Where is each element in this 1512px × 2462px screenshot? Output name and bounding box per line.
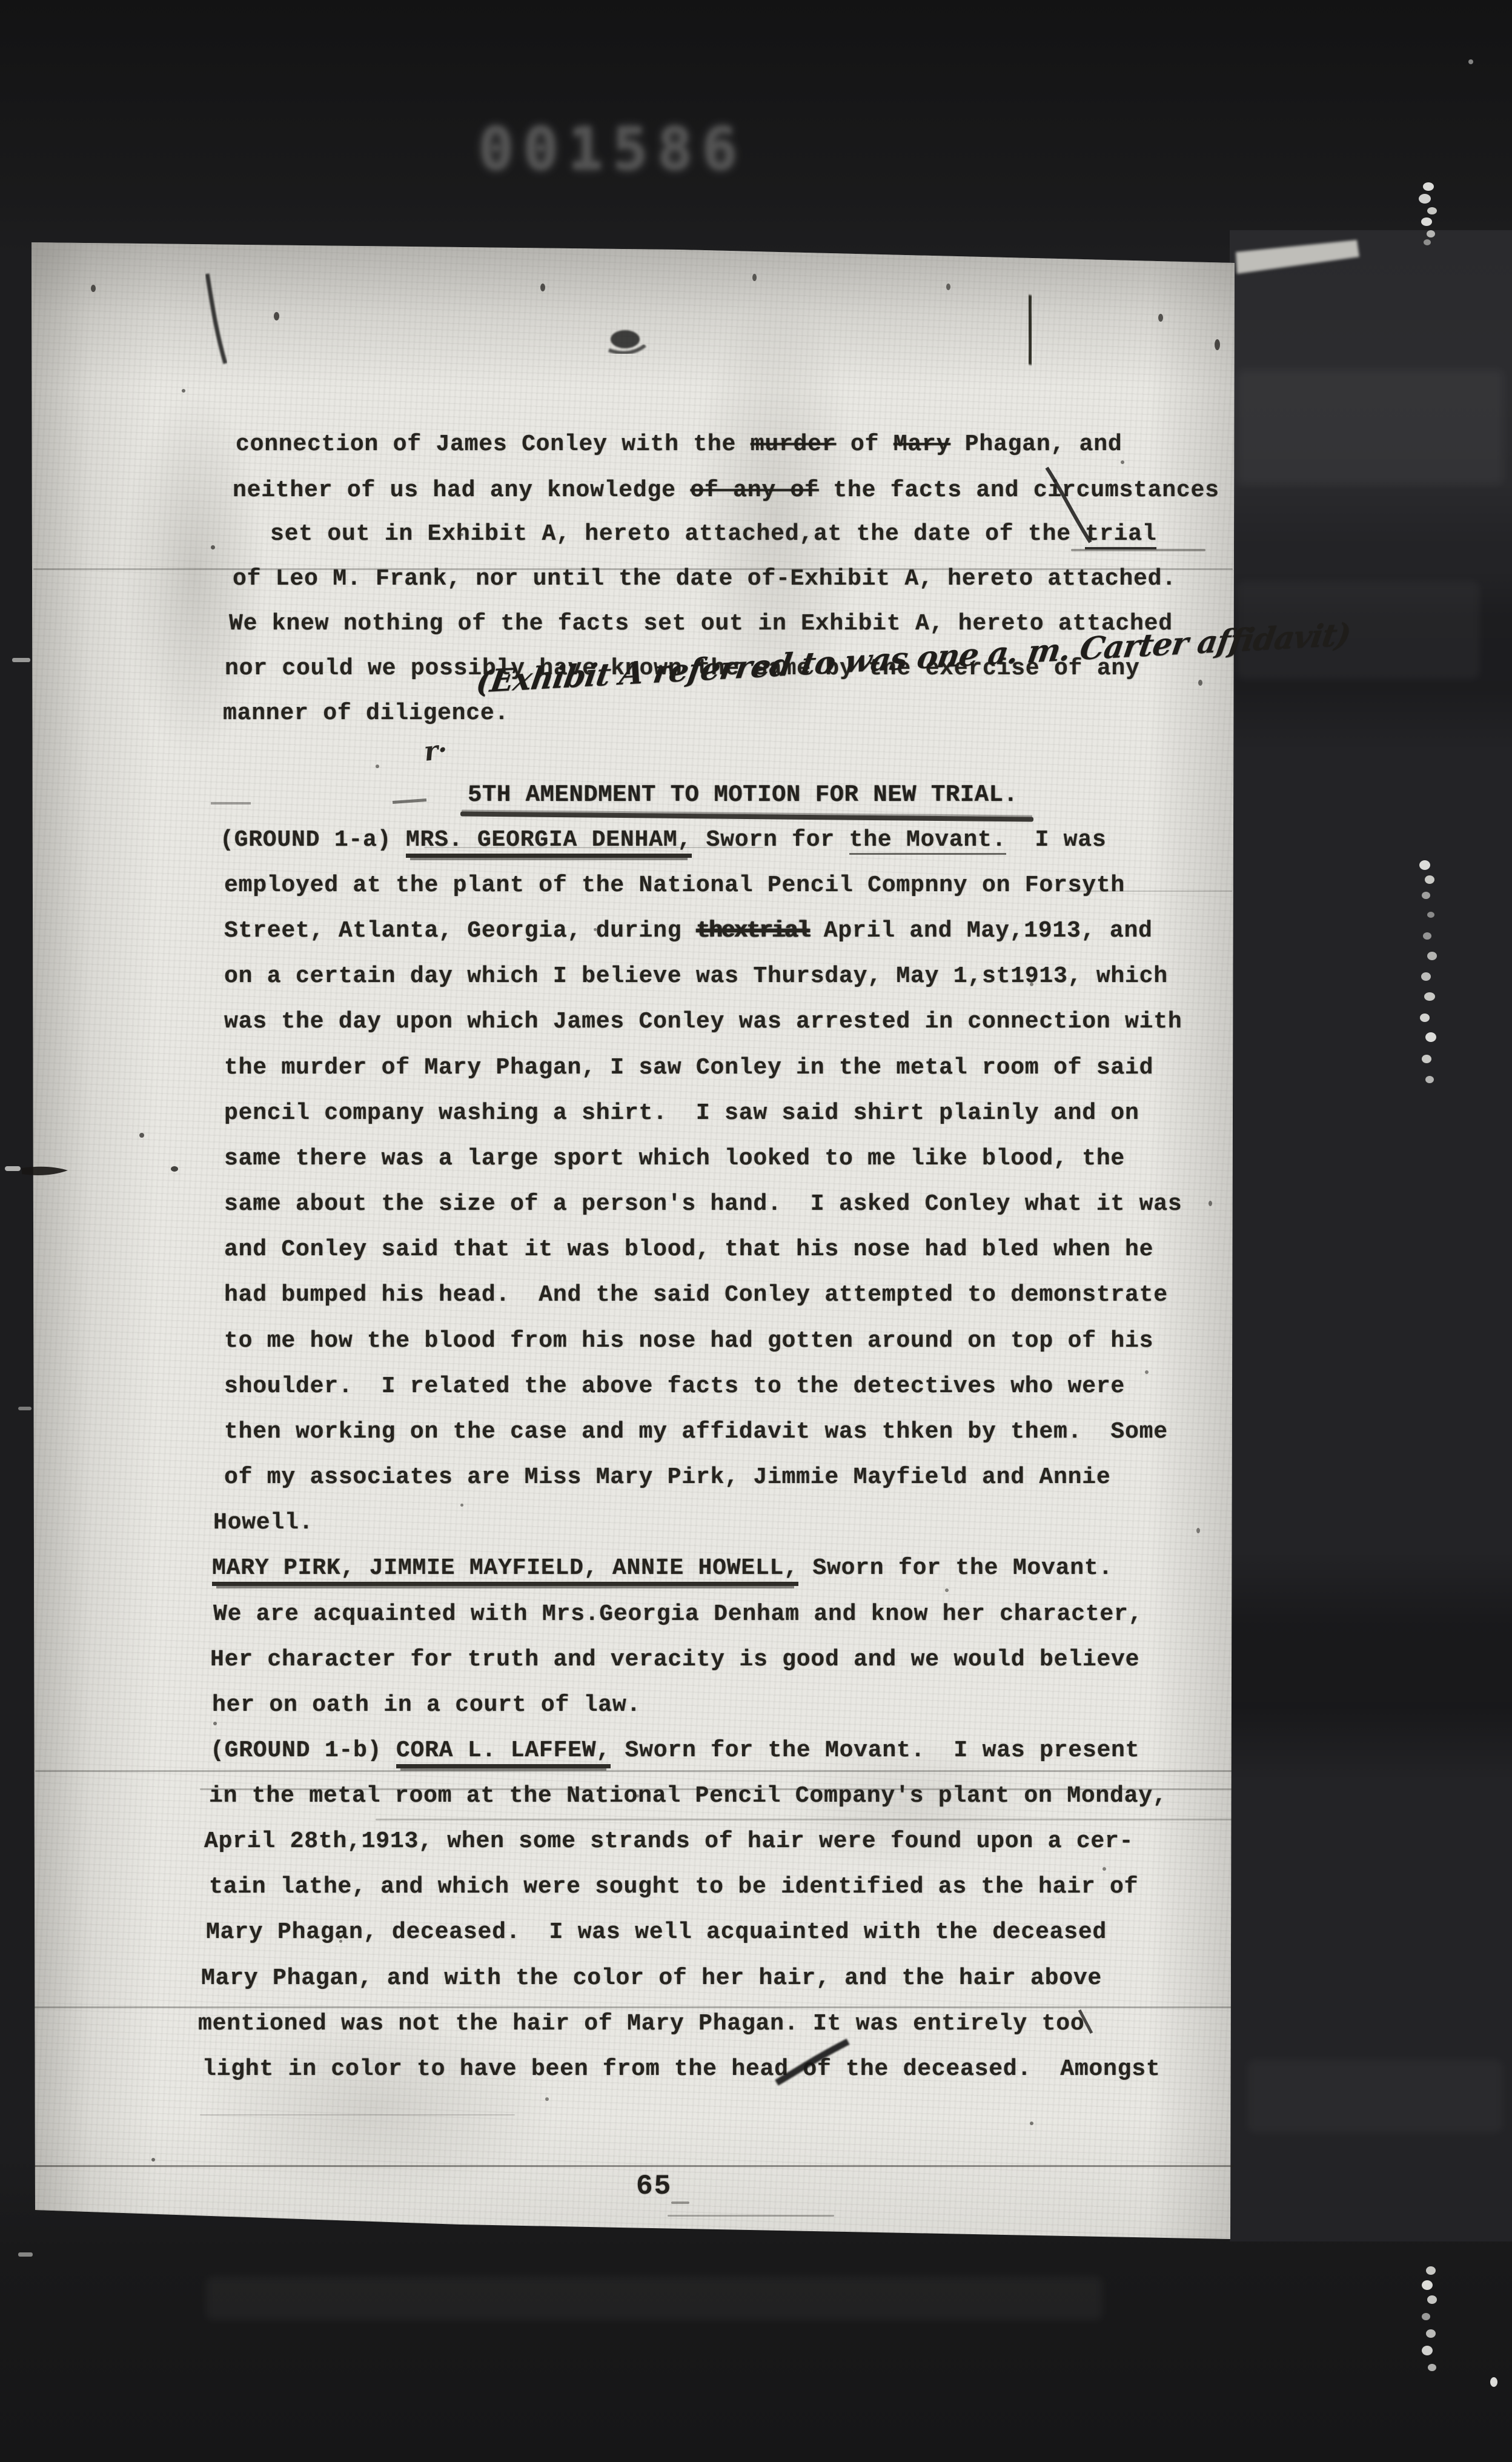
microfilm-scan: 001586 connection of James Conley with t… <box>0 0 1512 2462</box>
ink-blob <box>611 330 640 348</box>
film-edge-streak <box>1236 240 1359 274</box>
film-edge-mark <box>18 1407 31 1410</box>
film-edge-mark <box>5 1166 21 1171</box>
film-edge-mark <box>18 2252 33 2257</box>
ink-scratch <box>207 274 225 363</box>
film-edge-writing <box>1419 59 1497 2387</box>
pen-stroke <box>777 2042 848 2083</box>
ink-scratch <box>1029 295 1031 365</box>
scratch-marks-overlay <box>0 0 1512 2462</box>
ink-dash <box>22 1167 68 1175</box>
film-edge-mark <box>12 658 30 662</box>
pen-stroke <box>1047 468 1090 542</box>
